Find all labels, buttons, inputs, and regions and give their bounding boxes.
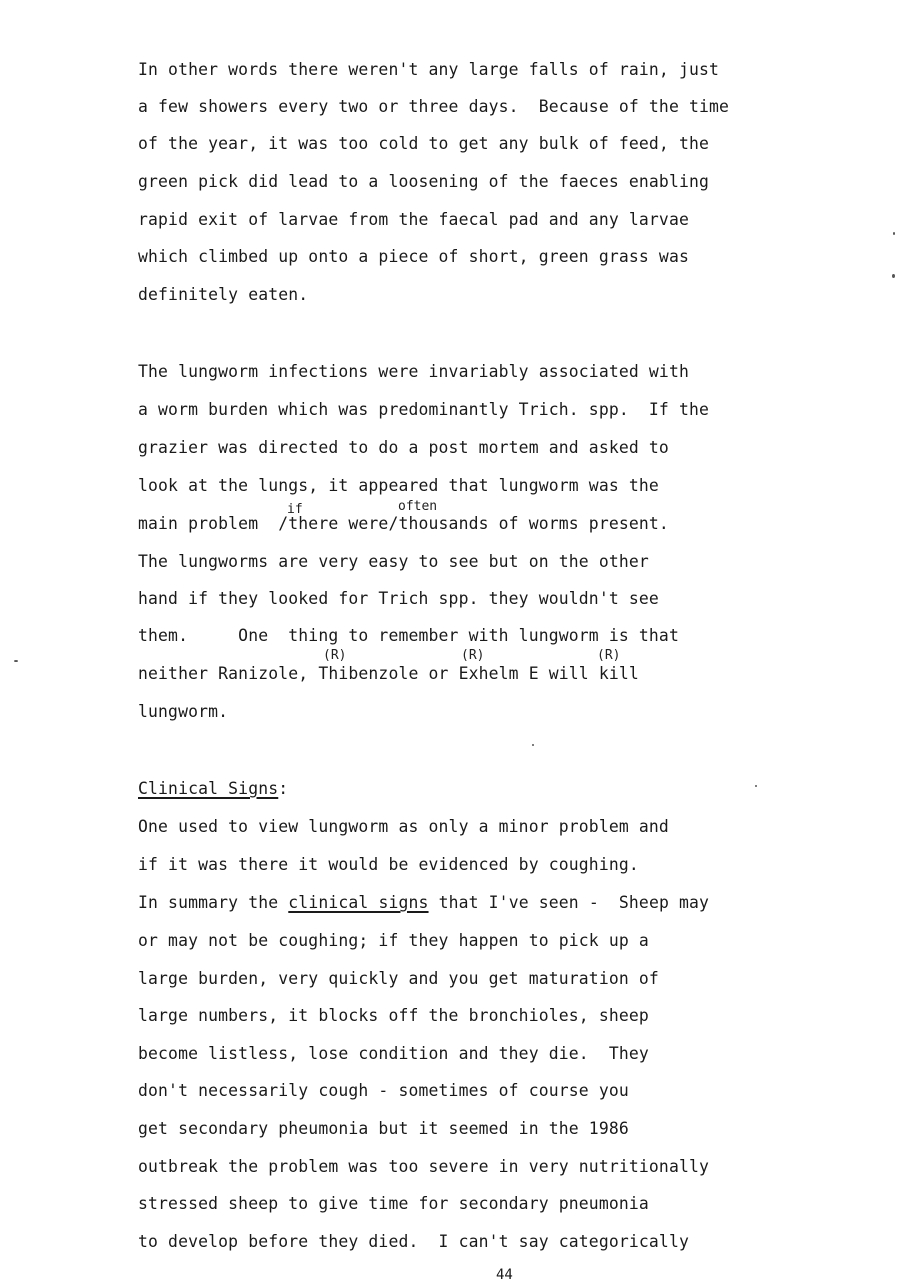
text-line: or may not be coughing; if they happen t…: [138, 931, 649, 951]
text-line: them. One thing to remember with lungwor…: [138, 626, 679, 646]
text-line: of the year, it was too cold to get any …: [138, 134, 709, 154]
page-number: 44: [496, 1268, 513, 1279]
text-line: The lungworms are very easy to see but o…: [138, 552, 649, 572]
text-line: a worm burden which was predominantly Tr…: [138, 400, 709, 420]
section-heading: Clinical Signs:: [138, 779, 288, 799]
section-heading-text: Clinical Signs: [138, 779, 278, 798]
text-line: become listless, lose condition and they…: [138, 1044, 649, 1064]
text-line: don't necessarily cough - sometimes of c…: [138, 1081, 629, 1101]
document-page: In other words there weren't any large f…: [0, 0, 900, 1279]
text-line: lungworm.: [138, 702, 228, 722]
text-line: large numbers, it blocks off the bronchi…: [138, 1006, 649, 1026]
text-line: green pick did lead to a loosening of th…: [138, 172, 709, 192]
text-line: grazier was directed to do a post mortem…: [138, 438, 669, 458]
text-line: neither Ranizole, Thibenzole or Exhelm E…: [138, 664, 639, 684]
text-line: which climbed up onto a piece of short, …: [138, 247, 689, 267]
section-heading-colon: :: [278, 779, 288, 798]
text-line: main problem /there were/thousands of wo…: [138, 514, 669, 534]
text-line: stressed sheep to give time for secondar…: [138, 1194, 649, 1214]
text-line: hand if they looked for Trich spp. they …: [138, 589, 659, 609]
scan-speck: [14, 660, 18, 662]
text-line: The lungworm infections were invariably …: [138, 362, 689, 382]
text-line: large burden, very quickly and you get m…: [138, 969, 659, 989]
registered-mark: (R): [461, 649, 484, 663]
registered-mark: (R): [323, 649, 346, 663]
scan-speck: [892, 274, 895, 278]
text-line: In other words there weren't any large f…: [138, 60, 719, 80]
scan-speck: [893, 232, 895, 235]
registered-mark: (R): [597, 649, 620, 663]
text-line: to develop before they died. I can't say…: [138, 1232, 689, 1252]
text-span: In summary the: [138, 893, 288, 912]
text-line: outbreak the problem was too severe in v…: [138, 1157, 709, 1177]
scan-speck: [532, 744, 534, 746]
handwritten-insertion-often: often: [398, 500, 437, 514]
text-line: One used to view lungworm as only a mino…: [138, 817, 669, 837]
text-line: a few showers every two or three days. B…: [138, 97, 729, 117]
text-line: definitely eaten.: [138, 285, 308, 305]
scan-speck: [755, 785, 757, 787]
text-line: In summary the clinical signs that I've …: [138, 893, 709, 913]
text-line: look at the lungs, it appeared that lung…: [138, 476, 659, 496]
text-line: rapid exit of larvae from the faecal pad…: [138, 210, 689, 230]
text-line: if it was there it would be evidenced by…: [138, 855, 639, 875]
text-span: that I've seen - Sheep may: [429, 893, 710, 912]
underlined-phrase: clinical signs: [288, 893, 428, 912]
text-line: get secondary pheumonia but it seemed in…: [138, 1119, 629, 1139]
